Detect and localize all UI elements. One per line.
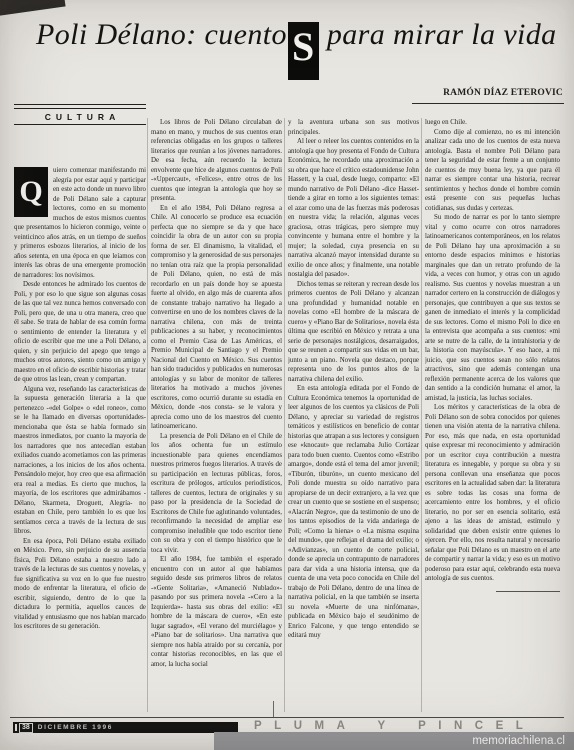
title-text-after: para mirar la vida (327, 18, 557, 51)
text-column-2: Los libros de Poli Délano circulaban de … (151, 118, 282, 712)
text-column-4: luego en Chile. Como dije al comienzo, n… (425, 118, 560, 712)
paragraph: Desde entonces he admirado los cuentos d… (14, 280, 146, 385)
title-inverted-s-box: S (288, 22, 319, 80)
paragraph: Dichos temas se reiteran y recrean desde… (288, 280, 419, 385)
paragraph: En esa época, Poli Délano estaba exiliad… (14, 537, 146, 632)
dropcap-q: Q (14, 167, 48, 217)
paragraph: Alguna vez, reseñando las característica… (14, 385, 146, 537)
paragraph: Los libros de Poli Délano circulaban de … (151, 118, 282, 204)
section-label: CULTURA (14, 109, 146, 124)
column-separator (147, 118, 148, 712)
title-s-letter: S (292, 24, 315, 69)
paragraph: En esta antología editada por el Fondo d… (288, 384, 419, 641)
article-title: Poli Délano: cuentoSpara mirar la vida (36, 18, 557, 80)
paragraph: El año 1984, fue también el esperado enc… (151, 555, 282, 669)
paragraph: La presencia de Poli Délano en el Chile … (151, 432, 282, 556)
paragraph: Su modo de narrar es por lo tanto siempr… (425, 213, 560, 403)
byline-author: RAMÓN DÍAZ ETEROVIC (403, 88, 563, 98)
magazine-page: Poli Délano: cuentoSpara mirar la vida R… (0, 0, 574, 750)
footer-rule (10, 717, 564, 718)
scan-artifact-top-left (0, 0, 66, 17)
column-separator (421, 118, 422, 712)
paragraph: Quiero comenzar manifestando mi alegría … (14, 166, 146, 280)
issue-bar: 38 DICIEMBRE 1996 (13, 722, 238, 733)
paragraph: En el año 1984, Poli Délano regresa a Ch… (151, 204, 282, 432)
page-number: 38 (19, 723, 33, 733)
paragraph: Como dije al comienzo, no es mi intenció… (425, 128, 560, 214)
article-end-rule (496, 591, 560, 592)
column-separator (284, 118, 285, 712)
paragraph: y la aventura urbana son sus motivos pri… (288, 118, 419, 137)
footer-center-tick (273, 701, 274, 717)
issue-date: DICIEMBRE 1996 (38, 724, 113, 731)
paragraph: Los méritos y características de la obra… (425, 403, 560, 584)
text-column-3: y la aventura urbana son sus motivos pri… (288, 118, 419, 712)
memoriachilena-watermark: memoriachilena.cl (214, 732, 574, 750)
title-text-before: Poli Délano: cuento (36, 18, 287, 51)
text-column-1: Quiero comenzar manifestando mi alegría … (14, 166, 146, 712)
magazine-name: PLUMA Y PINCEL (254, 720, 564, 732)
paragraph: luego en Chile. (425, 118, 560, 128)
paragraph: Al leer o releer los cuentos contenidos … (288, 137, 419, 280)
byline-rule (412, 103, 564, 104)
issue-bar-tick (15, 724, 17, 731)
section-header-bottom-rule (14, 124, 146, 125)
section-header: CULTURA (14, 104, 146, 125)
